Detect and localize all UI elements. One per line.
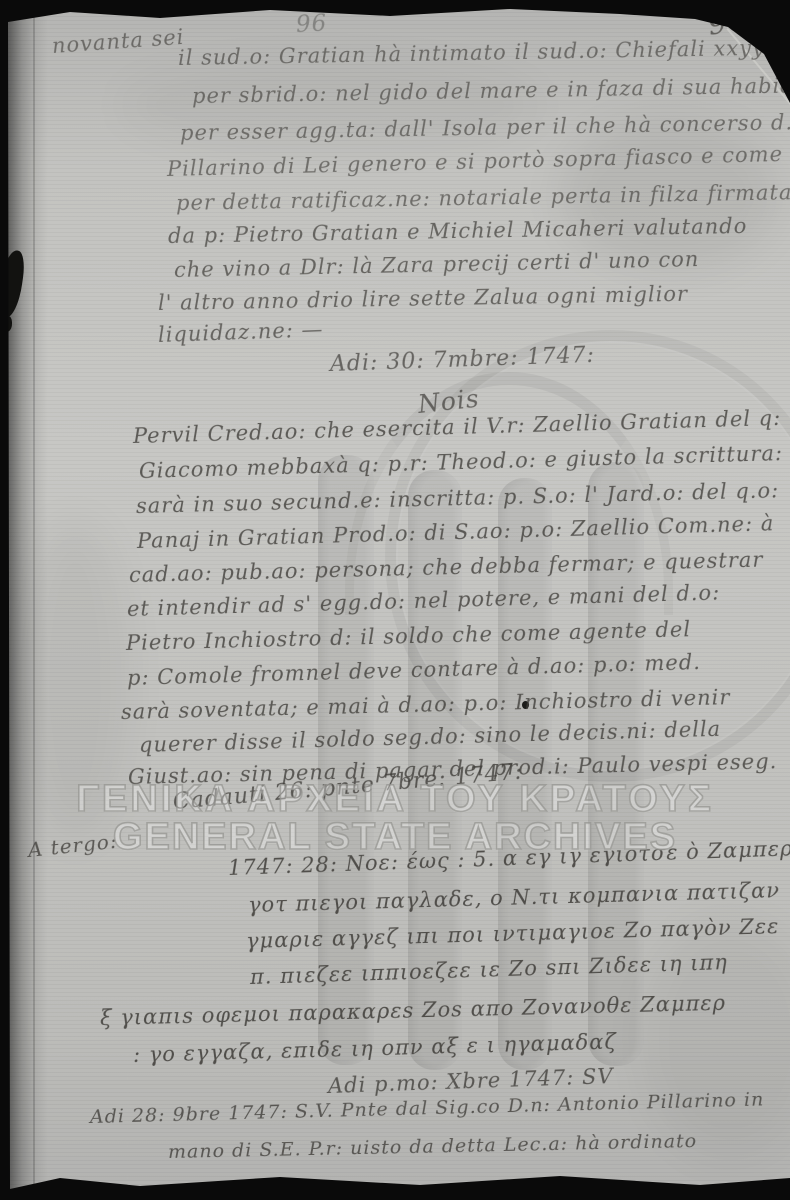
archive-watermark-english: GENERAL STATE ARCHIVES (0, 816, 790, 859)
manuscript-line: mano di S.E. P.r: uisto da detta Lec.a: … (168, 1130, 698, 1163)
manuscript-line: Giacomo mebbaxà q: p.r: Theod.o: e giust… (139, 440, 790, 483)
manuscript-line: liquidaz.ne: — (158, 317, 324, 347)
binding-gutter-shadow (8, 10, 48, 1190)
folio-number-center: 96 (295, 10, 328, 38)
edge-ink-mark (0, 940, 6, 998)
scanned-manuscript-page: 96 96 novanta sei il sud.o: Gratian hà i… (0, 0, 790, 1200)
manuscript-line: che vino a Dlr: là Zara precij certi d' … (174, 247, 700, 282)
margin-note-novanta-sei: novanta sei (51, 25, 185, 58)
binding-crease (33, 12, 35, 1184)
archive-watermark-greek: ΓΕΝΙΚΑ ΑΡΧΕΙΑ ΤΟΥ ΚΡΑΤΟΥΣ (0, 778, 790, 821)
date-line-1: Adi: 30: 7mbre: 1747: (330, 343, 596, 377)
paper-sheet: 96 96 novanta sei il sud.o: Gratian hà i… (0, 0, 790, 1200)
edge-ink-mark (0, 452, 7, 494)
manuscript-line: l' altro anno drio lire sette Zalua ogni… (158, 282, 688, 315)
edge-ink-mark (0, 1062, 8, 1108)
manuscript-line: il sud.o: Gratian hà intimato il sud.o: … (178, 36, 765, 70)
